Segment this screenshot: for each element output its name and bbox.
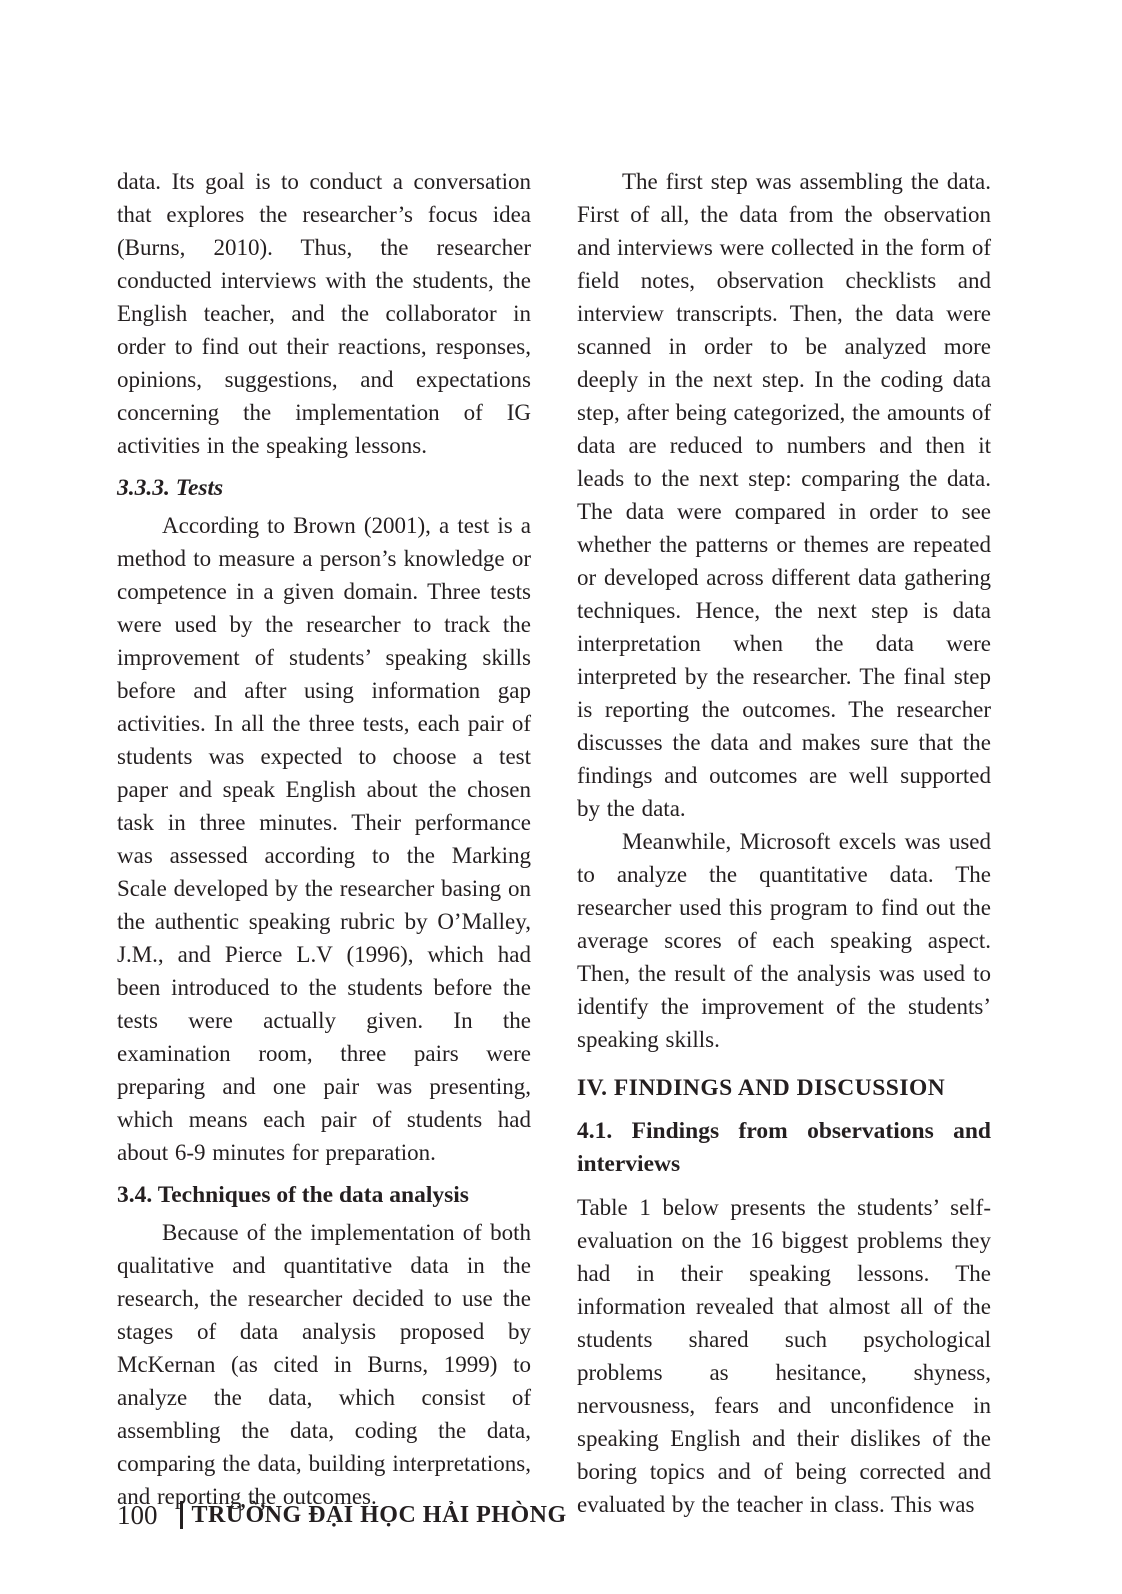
paragraph-tests-description: According to Brown (2001), a test is a m…: [117, 509, 531, 1169]
document-page: data. Its goal is to conduct a conversat…: [0, 0, 1122, 1594]
section-heading-3-3-3-tests: 3.3.3. Tests: [117, 472, 531, 505]
paragraph-interview-goal: data. Its goal is to conduct a conversat…: [117, 165, 531, 462]
section-heading-4-1-findings: 4.1. Findings from observations and inte…: [577, 1115, 991, 1181]
left-column: data. Its goal is to conduct a conversat…: [117, 165, 531, 1513]
paragraph-data-analysis-stages: Because of the implementation of both qu…: [117, 1216, 531, 1513]
paragraph-assembling-data-steps: The first step was assembling the data. …: [577, 165, 991, 825]
page-number: 100: [117, 1500, 158, 1530]
section-heading-iv-findings: IV. FINDINGS AND DISCUSSION: [577, 1072, 991, 1105]
paragraph-microsoft-excel-analysis: Meanwhile, Microsoft excels was used to …: [577, 825, 991, 1056]
footer-divider: [180, 1501, 183, 1529]
section-heading-3-4-techniques: 3.4. Techniques of the data analysis: [117, 1179, 531, 1212]
right-column: The first step was assembling the data. …: [577, 165, 991, 1521]
institution-name: TRƯỜNG ĐẠI HỌC HẢI PHÒNG: [192, 1500, 567, 1530]
paragraph-table1-self-evaluation: Table 1 below presents the students’ sel…: [577, 1191, 991, 1521]
page-footer: 100 TRƯỜNG ĐẠI HỌC HẢI PHÒNG: [117, 1500, 567, 1530]
